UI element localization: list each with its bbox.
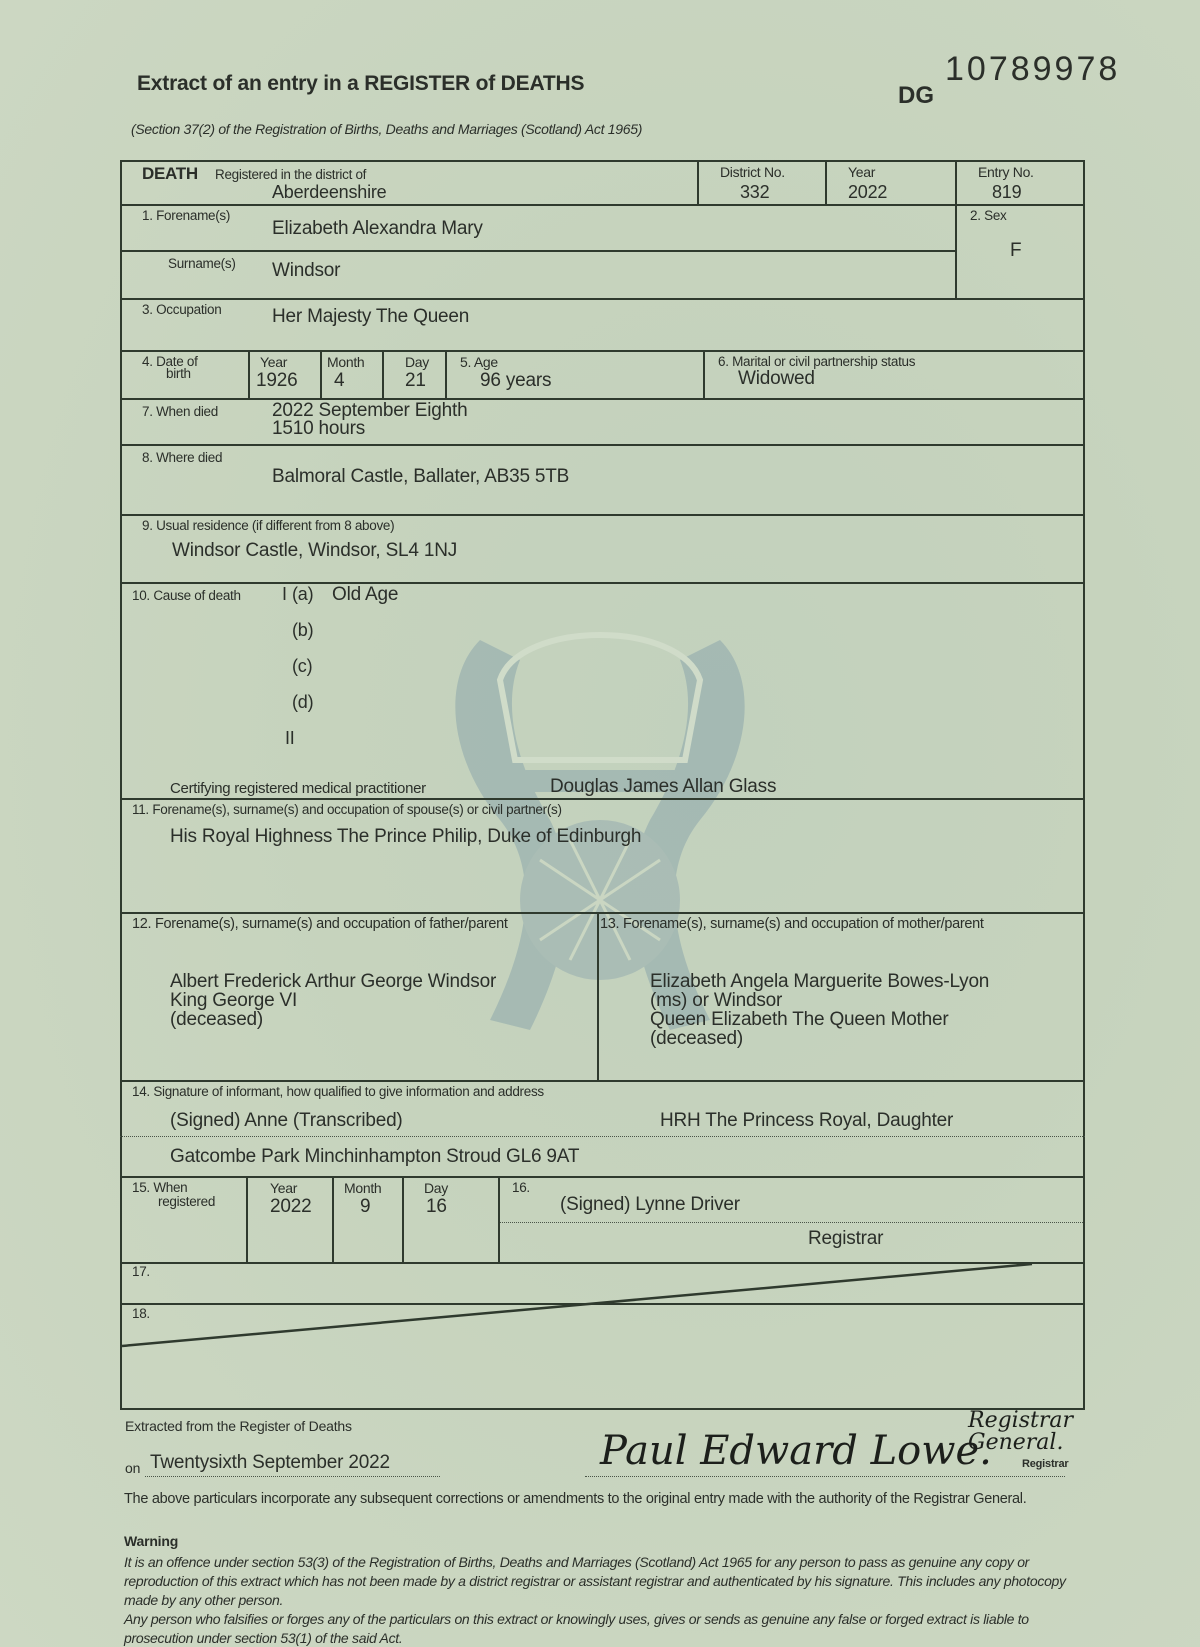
mother-line-2: (ms) or Windsor [650, 991, 782, 1010]
warning-text-2: Any person who falsifies or forges any o… [124, 1610, 1084, 1647]
warning-text-1: It is an offence under section 53(3) of … [124, 1553, 1084, 1610]
district-no-value: 332 [740, 182, 769, 203]
strike-through-line [120, 1260, 1085, 1350]
document-title: Extract of an entry in a REGISTER of DEA… [137, 72, 584, 96]
dob-year-value: 1926 [256, 370, 297, 392]
when-died-label: 7. When died [142, 404, 218, 419]
registrar-title: Registrar [808, 1228, 883, 1250]
extracted-from-label: Extracted from the Register of Deaths [125, 1418, 352, 1434]
registrar-field-label: 16. [512, 1180, 530, 1195]
dob-month-label: Month [327, 354, 364, 370]
serial-number: 10789978 [945, 50, 1120, 89]
forenames-value: Elizabeth Alexandra Mary [272, 218, 483, 240]
mother-line-4: (deceased) [650, 1029, 743, 1048]
spouse-value: His Royal Highness The Prince Philip, Du… [170, 826, 641, 848]
reg-year-label: Year [270, 1180, 297, 1196]
district-no-label: District No. [720, 164, 785, 180]
practitioner-label: Certifying registered medical practition… [170, 780, 426, 797]
reg-month-label: Month [344, 1180, 381, 1196]
father-line-3: (deceased) [170, 1010, 263, 1029]
cause-a-label: (a) [292, 584, 313, 605]
surnames-label: Surname(s) [168, 256, 236, 271]
where-died-label: 8. Where died [142, 450, 222, 465]
cause-c-label: (c) [292, 656, 312, 677]
sex-value: F [1010, 240, 1021, 262]
death-label: DEATH [142, 164, 198, 184]
death-register-form: DEATH Registered in the district of Aber… [120, 160, 1085, 1410]
entry-no-value: 819 [992, 182, 1021, 203]
informant-signed: (Signed) Anne (Transcribed) [170, 1110, 403, 1132]
when-died-time: 1510 hours [272, 418, 365, 440]
certificate-page: Extract of an entry in a REGISTER of DEA… [0, 0, 1200, 1647]
father-line-2: King George VI [170, 991, 297, 1010]
mother-label: 13. Forename(s), surname(s) and occupati… [600, 916, 984, 932]
mother-line-3: Queen Elizabeth The Queen Mother [650, 1010, 949, 1029]
district-value: Aberdeenshire [272, 182, 386, 203]
dob-day-label: Day [405, 354, 429, 370]
sex-label: 2. Sex [970, 208, 1006, 223]
occupation-value: Her Majesty The Queen [272, 306, 469, 328]
registrar-signed: (Signed) Lynne Driver [560, 1194, 740, 1216]
mother-line-1: Elizabeth Angela Marguerite Bowes-Lyon [650, 972, 989, 991]
reg-day-value: 16 [426, 1196, 447, 1218]
warning-title: Warning [124, 1533, 178, 1549]
age-label: 5. Age [460, 354, 498, 370]
printed-title: Registrar [1022, 1458, 1069, 1470]
entry-no-label: Entry No. [978, 164, 1034, 180]
on-label: on [125, 1460, 140, 1476]
cause-b-label: (b) [292, 620, 313, 641]
father-label: 12. Forename(s), surname(s) and occupati… [132, 916, 508, 932]
handwritten-title: Registrar General. [968, 1410, 1108, 1454]
informant-qualification: HRH The Princess Royal, Daughter [660, 1110, 953, 1132]
occupation-label: 3. Occupation [142, 302, 221, 317]
dob-day-value: 21 [405, 370, 426, 392]
marital-status-label: 6. Marital or civil partnership status [718, 354, 915, 369]
informant-label: 14. Signature of informant, how qualifie… [132, 1084, 544, 1099]
statute-reference: (Section 37(2) of the Registration of Bi… [131, 121, 642, 137]
surnames-value: Windsor [272, 260, 340, 282]
marital-status-value: Widowed [738, 368, 815, 390]
year-label: Year [848, 164, 875, 180]
where-died-value: Balmoral Castle, Ballater, AB35 5TB [272, 466, 569, 488]
cause-part-i: I [282, 584, 287, 605]
cause-of-death-label: 10. Cause of death [132, 588, 241, 603]
father-line-1: Albert Frederick Arthur George Windsor [170, 972, 496, 991]
informant-address: Gatcombe Park Minchinhampton Stroud GL6 … [170, 1146, 579, 1168]
cause-a-value: Old Age [332, 584, 398, 606]
residence-value: Windsor Castle, Windsor, SL4 1NJ [172, 540, 457, 562]
reg-month-value: 9 [360, 1196, 370, 1218]
registered-label-line2: registered [158, 1194, 215, 1209]
dob-year-label: Year [260, 354, 287, 370]
reg-year-value: 2022 [270, 1196, 311, 1218]
practitioner-value: Douglas James Allan Glass [550, 776, 776, 798]
registered-label: 15. When [132, 1180, 187, 1195]
extract-date: Twentysixth September 2022 [150, 1452, 390, 1474]
spouse-label: 11. Forename(s), surname(s) and occupati… [132, 802, 562, 817]
dob-label-line2: birth [166, 366, 191, 381]
district-label: Registered in the district of [215, 167, 366, 182]
particulars-note: The above particulars incorporate any su… [124, 1490, 1114, 1509]
cause-d-label: (d) [292, 692, 313, 713]
forenames-label: 1. Forename(s) [142, 208, 230, 223]
age-value: 96 years [480, 370, 551, 392]
dob-month-value: 4 [334, 370, 344, 392]
reg-day-label: Day [424, 1180, 448, 1196]
serial-prefix: DG [898, 82, 934, 110]
year-value: 2022 [848, 182, 887, 203]
residence-label: 9. Usual residence (if different from 8 … [142, 518, 394, 533]
registrar-general-signature: Paul Edward Lowe. [600, 1428, 992, 1474]
cause-part-ii: II [285, 728, 295, 749]
